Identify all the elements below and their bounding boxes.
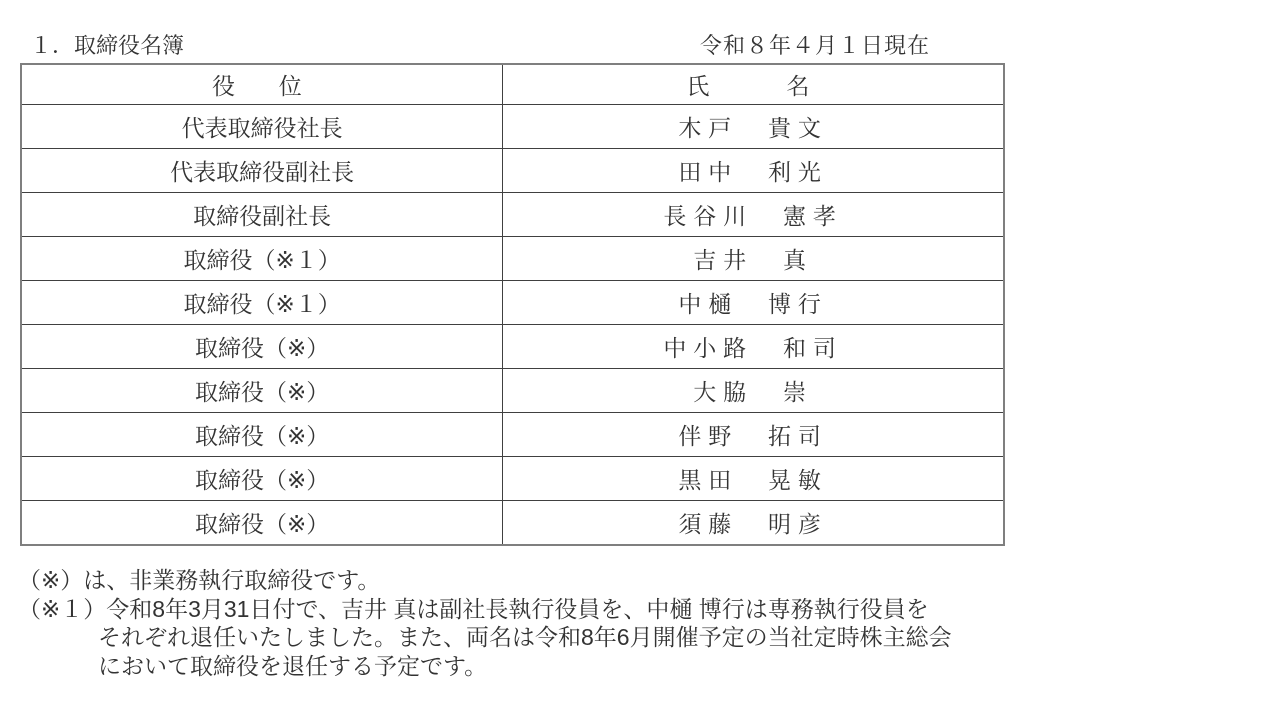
- as-of-date-label: 令和８年４月１日現在: [700, 29, 930, 60]
- table-row: 取締役（※） 黒田 晃敏: [21, 457, 1004, 501]
- name-cell: 伴野 拓司: [503, 413, 1004, 457]
- footnote-asterisk1-line3: において取締役を退任する予定です。: [18, 652, 952, 681]
- position-cell: 取締役（※）: [21, 501, 503, 546]
- name-cell: 田中 利光: [503, 149, 1004, 193]
- table-header-row: 役 位 氏 名: [21, 64, 1004, 105]
- footnote-asterisk1-line1: （※１）令和8年3月31日付で、吉井 真は副社長執行役員を、中樋 博行は専務執行…: [18, 595, 952, 624]
- name-cell: 中小路 和司: [503, 325, 1004, 369]
- position-cell: 取締役（※）: [21, 413, 503, 457]
- position-cell: 取締役（※）: [21, 369, 503, 413]
- column-header-position: 役 位: [21, 64, 503, 105]
- name-cell: 木戸 貴文: [503, 105, 1004, 149]
- table-row: 取締役（※１） 吉井 真: [21, 237, 1004, 281]
- name-cell: 長谷川 憲孝: [503, 193, 1004, 237]
- position-cell: 取締役（※）: [21, 457, 503, 501]
- name-cell: 須藤 明彦: [503, 501, 1004, 546]
- position-cell: 取締役副社長: [21, 193, 503, 237]
- table-row: 取締役（※１） 中樋 博行: [21, 281, 1004, 325]
- table-row: 取締役（※） 大脇 崇: [21, 369, 1004, 413]
- position-cell: 代表取締役社長: [21, 105, 503, 149]
- footnote-asterisk1-line2: それぞれ退任いたしました。また、両名は令和8年6月開催予定の当社定時株主総会: [18, 623, 952, 652]
- document-page: １．取締役名簿 令和８年４月１日現在 役 位 氏 名 代表取締役社長 木戸 貴文…: [0, 0, 1280, 720]
- table-row: 取締役副社長 長谷川 憲孝: [21, 193, 1004, 237]
- footnote-asterisk: （※）は、非業務執行取締役です。: [18, 566, 952, 595]
- table-row: 代表取締役副社長 田中 利光: [21, 149, 1004, 193]
- name-cell: 中樋 博行: [503, 281, 1004, 325]
- footnotes: （※）は、非業務執行取締役です。 （※１）令和8年3月31日付で、吉井 真は副社…: [18, 566, 952, 680]
- directors-table: 役 位 氏 名 代表取締役社長 木戸 貴文 代表取締役副社長 田中 利光 取締役…: [20, 63, 1005, 546]
- position-cell: 取締役（※１）: [21, 281, 503, 325]
- page-title: １．取締役名簿: [30, 29, 184, 60]
- name-cell: 吉井 真: [503, 237, 1004, 281]
- name-cell: 黒田 晃敏: [503, 457, 1004, 501]
- position-cell: 取締役（※１）: [21, 237, 503, 281]
- name-cell: 大脇 崇: [503, 369, 1004, 413]
- column-header-name: 氏 名: [503, 64, 1004, 105]
- position-cell: 代表取締役副社長: [21, 149, 503, 193]
- table-row: 取締役（※） 伴野 拓司: [21, 413, 1004, 457]
- table-row: 代表取締役社長 木戸 貴文: [21, 105, 1004, 149]
- table-row: 取締役（※） 須藤 明彦: [21, 501, 1004, 546]
- position-cell: 取締役（※）: [21, 325, 503, 369]
- table-row: 取締役（※） 中小路 和司: [21, 325, 1004, 369]
